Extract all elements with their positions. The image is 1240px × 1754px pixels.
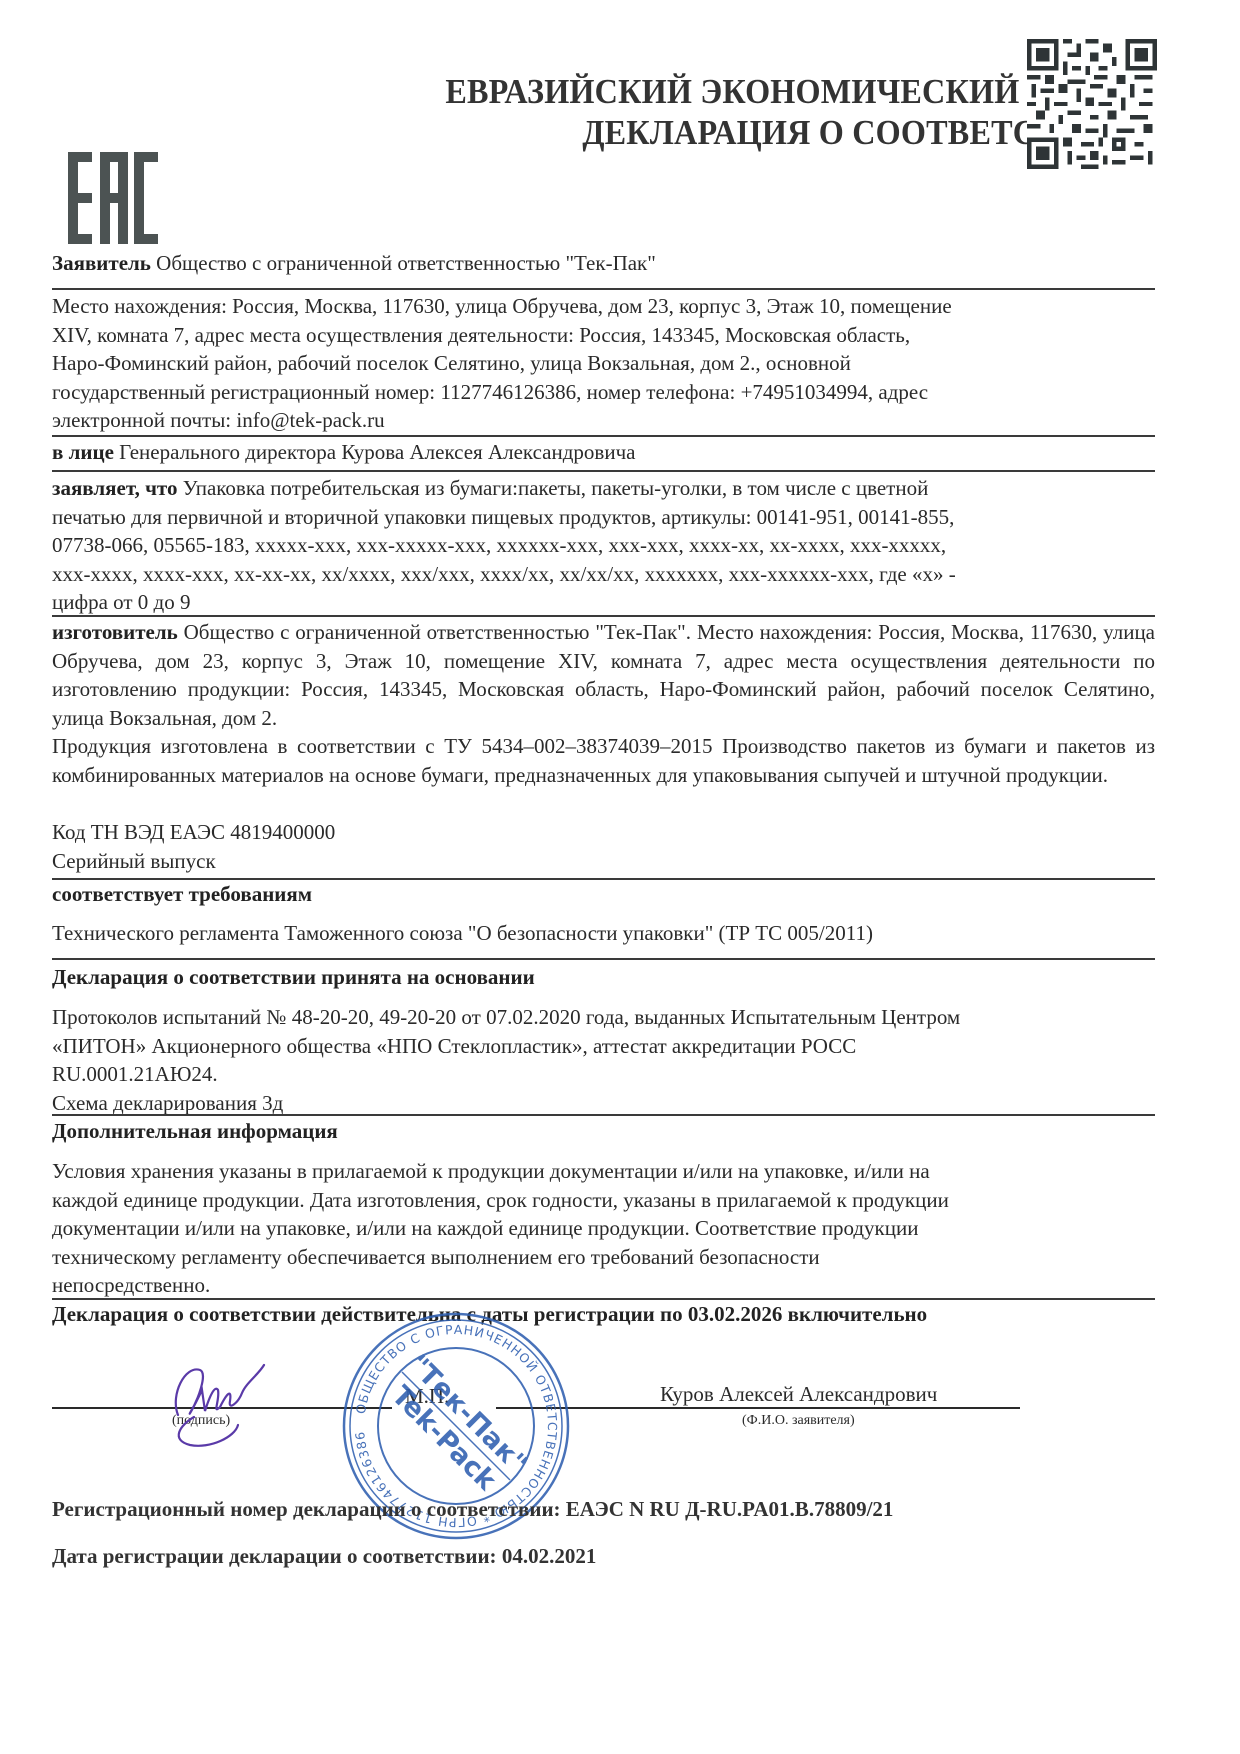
product-line: Упаковка потребительская из бумаги:пакет… <box>183 476 929 500</box>
hs-code: Код ТН ВЭД ЕАЭС 4819400000 <box>52 818 1155 847</box>
registration-date-row: Дата регистрации декларации о соответств… <box>52 1544 596 1569</box>
additional-line: техническому регламенту обеспечивается в… <box>52 1243 1155 1272</box>
product-line: 07738-066, 05565-183, xxxxx-xxx, xxx-xxx… <box>52 531 1155 560</box>
address-line: электронной почты: info@tek-pack.ru <box>52 406 1155 435</box>
divider <box>52 958 1155 960</box>
basis-line: «ПИТОН» Акционерного общества «НПО Стекл… <box>52 1032 1155 1061</box>
signer-name: Куров Алексей Александрович <box>660 1382 937 1407</box>
divider <box>52 615 1155 617</box>
address-line: Место нахождения: Россия, Москва, 117630… <box>52 292 1155 321</box>
basis-text: Протоколов испытаний № 48-20-20, 49-20-2… <box>52 1003 1155 1117</box>
address-line: государственный регистрационный номер: 1… <box>52 378 1155 407</box>
registration-number-row: Регистрационный номер декларации о соотв… <box>52 1497 893 1522</box>
additional-line: документации и/или на упаковке, и/или на… <box>52 1214 1155 1243</box>
document-title: ДЕКЛАРАЦИЯ О СООТВЕТСТВИИ <box>90 113 1130 153</box>
regulation-text: Технического регламента Таможенного союз… <box>52 919 1155 948</box>
applicant-name: Общество с ограниченной ответственностью… <box>156 251 656 275</box>
additional-text: Условия хранения указаны в прилагаемой к… <box>52 1157 1155 1300</box>
declares-section: заявляет, что Упаковка потребительская и… <box>52 474 1155 617</box>
manufacturer-text: Общество с ограниченной ответственностью… <box>52 620 1155 730</box>
standard-text: Продукция изготовлена в соответствии с Т… <box>52 732 1155 789</box>
signer-caption: (Ф.И.О. заявителя) <box>742 1413 855 1429</box>
basis-line: Протоколов испытаний № 48-20-20, 49-20-2… <box>52 1003 1155 1032</box>
product-line: xxx-xxxx, xxxx-xxx, xx-xx-xx, xx/xxxx, x… <box>52 560 1155 589</box>
compliance-heading: соответствует требованиям <box>52 880 1155 909</box>
registration-number-label: Регистрационный номер декларации о соотв… <box>52 1497 561 1521</box>
applicant-row: Заявитель Общество с ограниченной ответс… <box>52 249 1155 278</box>
eac-logo-icon <box>68 152 158 244</box>
address-line: Наро-Фоминский район, рабочий поселок Се… <box>52 349 1155 378</box>
manufacturer-section: изготовитель Общество с ограниченной отв… <box>52 618 1155 732</box>
declaration-scheme: Схема декларирования 3д <box>52 1089 1155 1118</box>
applicant-label: Заявитель <box>52 251 151 275</box>
name-line <box>496 1407 1020 1409</box>
represented-row: в лице Генерального директора Курова Але… <box>52 438 1155 467</box>
represented-by: Генерального директора Курова Алексея Ал… <box>119 440 635 464</box>
qr-code-icon <box>1027 33 1157 175</box>
product-line: цифра от 0 до 9 <box>52 588 1155 617</box>
manufacturer-label: изготовитель <box>52 620 178 644</box>
additional-line: каждой единице продукции. Дата изготовле… <box>52 1186 1155 1215</box>
validity-text: Декларация о соответствии действительна … <box>52 1300 1155 1329</box>
represented-label: в лице <box>52 440 114 464</box>
registration-number: ЕАЭС N RU Д-RU.PA01.B.78809/21 <box>566 1497 894 1521</box>
registration-date-label: Дата регистрации декларации о соответств… <box>52 1544 497 1568</box>
registration-date: 04.02.2021 <box>502 1544 597 1568</box>
additional-line: непосредственно. <box>52 1271 1155 1300</box>
release-type: Серийный выпуск <box>52 847 1155 876</box>
additional-line: Условия хранения указаны в прилагаемой к… <box>52 1157 1155 1186</box>
union-title: ЕВРАЗИЙСКИЙ ЭКОНОМИЧЕСКИЙ СОЮЗ <box>90 72 1130 112</box>
divider <box>52 288 1155 290</box>
divider <box>52 470 1155 472</box>
basis-line: RU.0001.21АЮ24. <box>52 1060 1155 1089</box>
divider <box>52 435 1155 437</box>
divider <box>52 1114 1155 1116</box>
declares-label: заявляет, что <box>52 476 177 500</box>
additional-heading: Дополнительная информация <box>52 1117 1155 1146</box>
product-line: печатью для первичной и вторичной упаков… <box>52 503 1155 532</box>
signature-icon <box>160 1345 280 1455</box>
basis-heading: Декларация о соответствии принята на осн… <box>52 963 1155 992</box>
applicant-address: Место нахождения: Россия, Москва, 117630… <box>52 292 1155 435</box>
address-line: XIV, комната 7, адрес места осуществлени… <box>52 321 1155 350</box>
